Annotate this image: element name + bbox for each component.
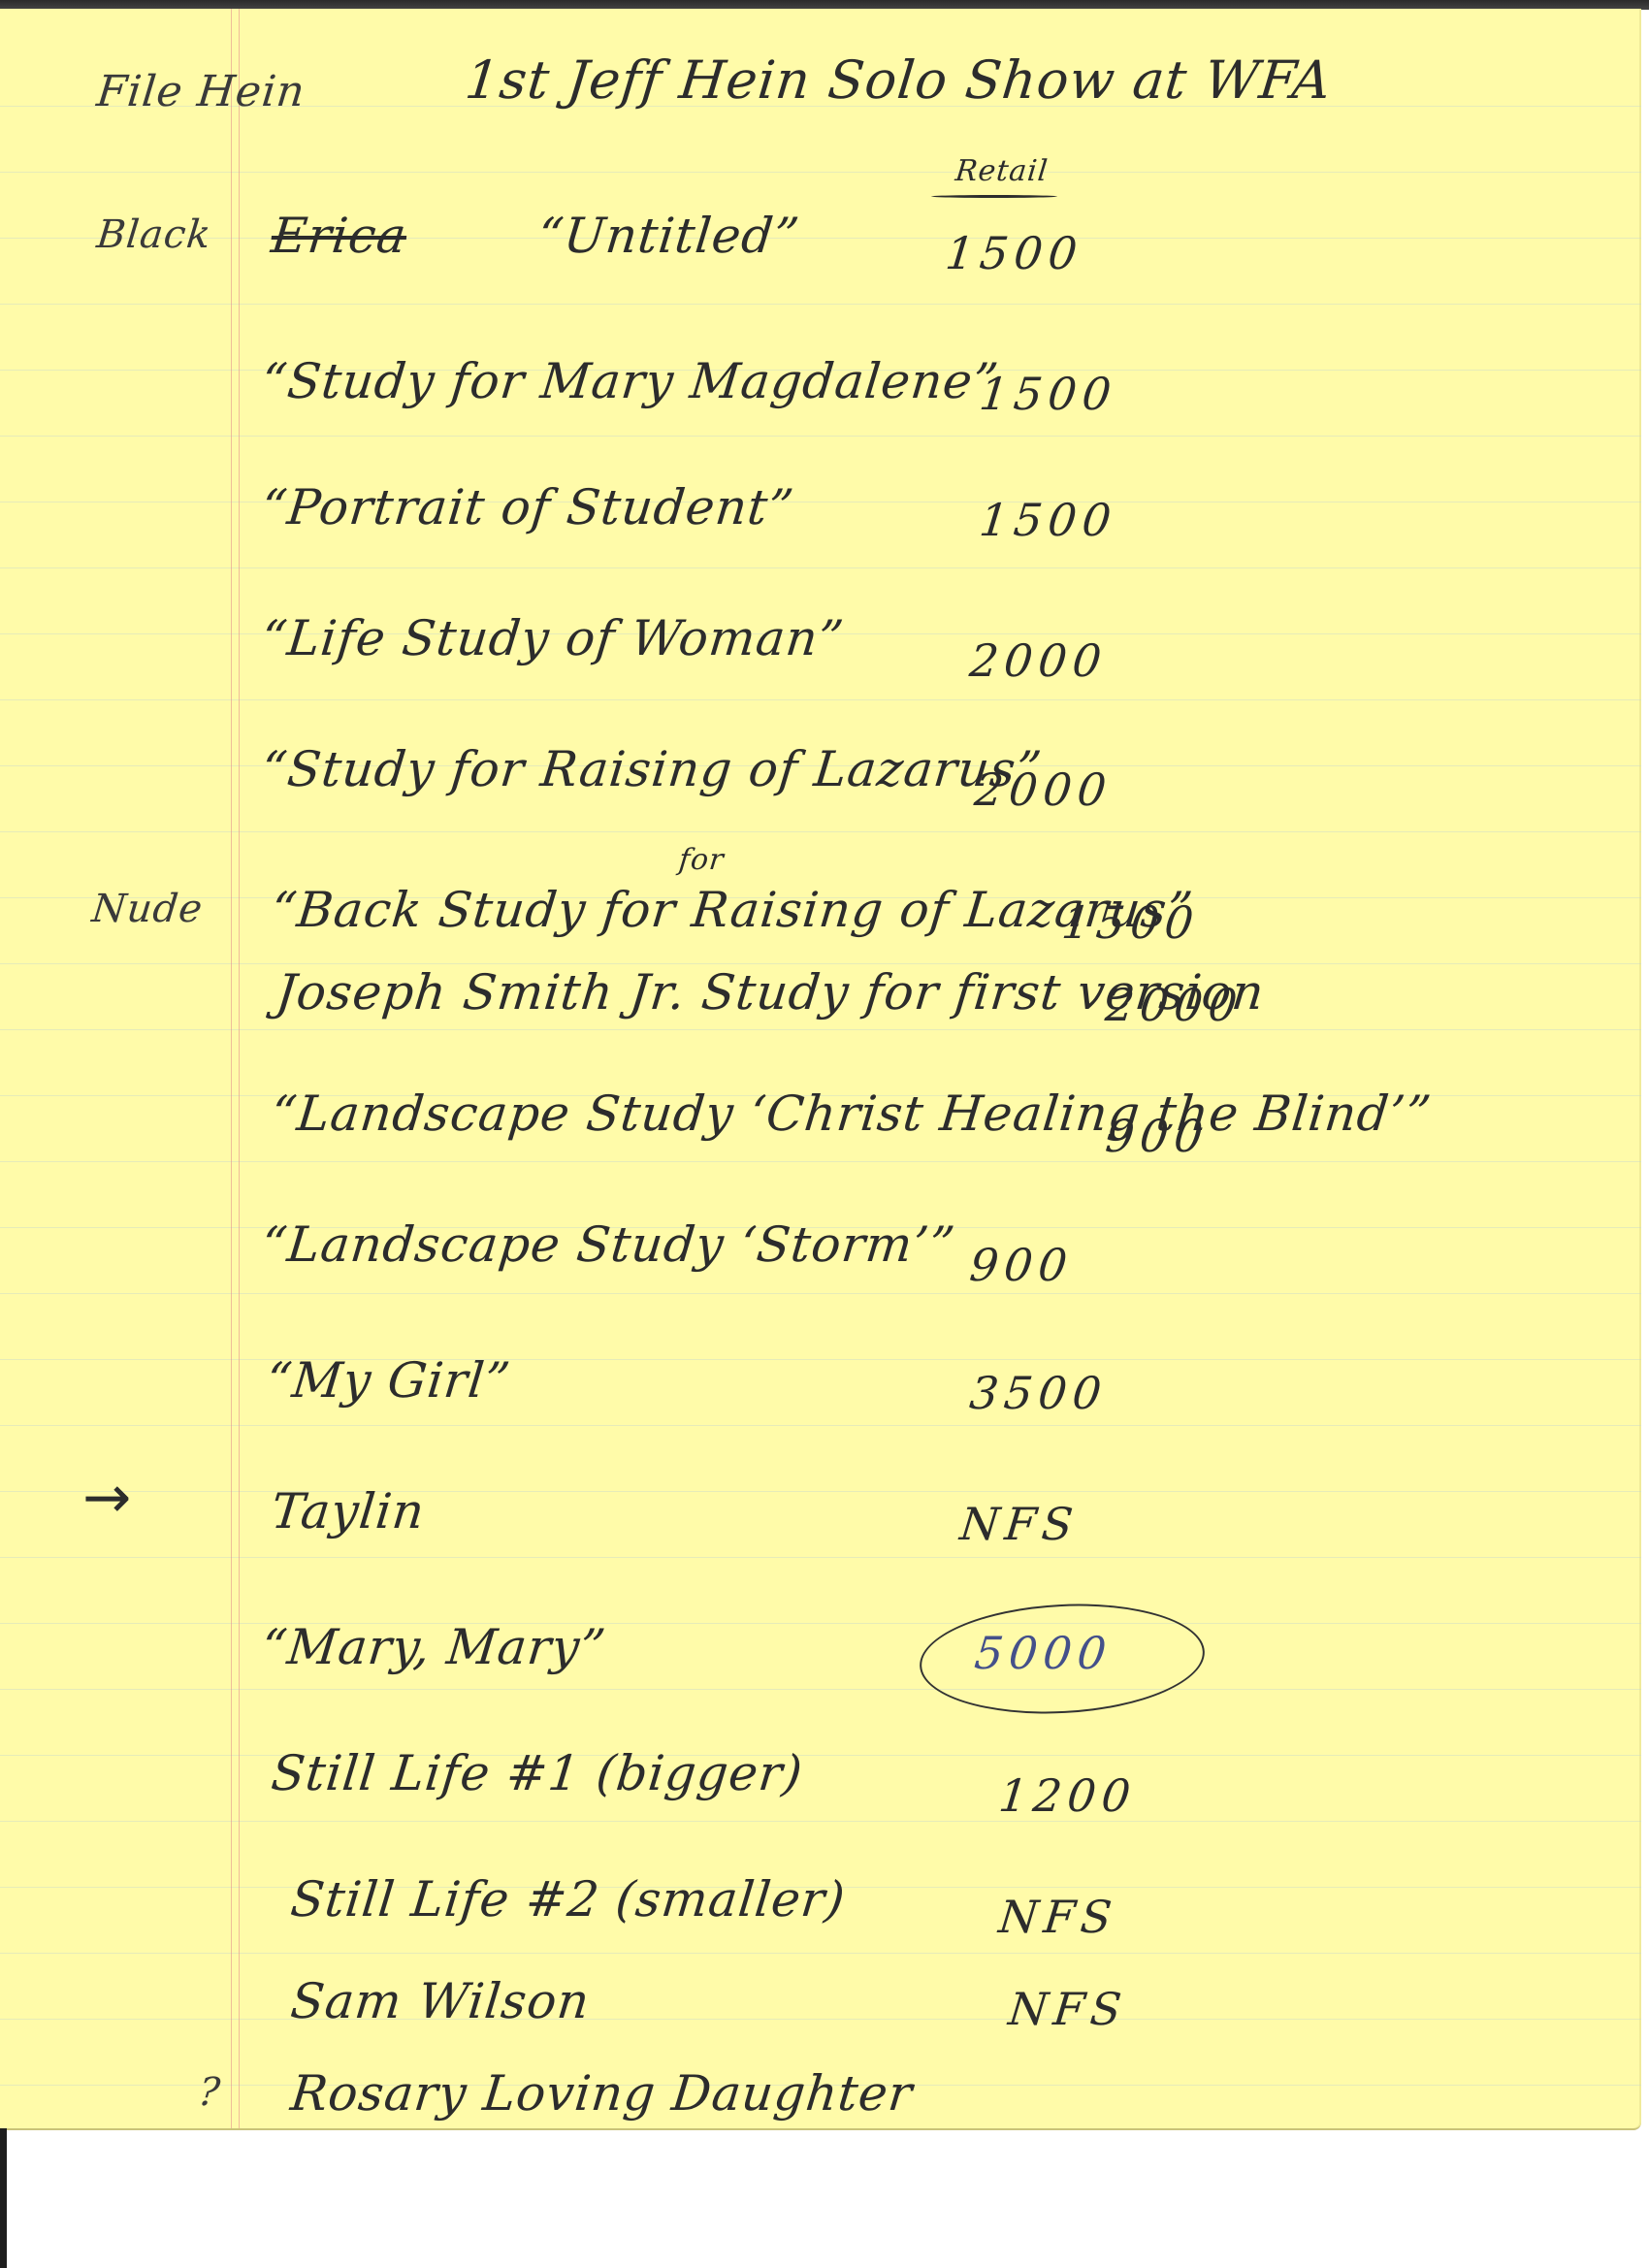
corner-note: File Hein <box>94 67 307 116</box>
item-price: 2000 <box>972 763 1115 816</box>
ruled-line <box>0 1689 1641 1690</box>
ruled-line <box>0 1161 1641 1162</box>
ruled-line <box>0 238 1641 239</box>
ruled-line <box>0 1755 1641 1756</box>
ruled-line <box>0 172 1641 173</box>
ruled-line <box>0 1491 1641 1492</box>
ruled-line <box>0 1425 1641 1426</box>
legal-pad-page: File Hein 1st Jeff Hein Solo Show at WFA… <box>0 9 1641 2130</box>
item-label: “Study for Mary Magdalene” <box>259 353 1002 409</box>
item-label: “Back Study for Raising of Lazarus” <box>269 882 1196 938</box>
item-price: NFS <box>996 1891 1119 1943</box>
item-label: “Mary, Mary” <box>259 1619 609 1675</box>
struck-name: Erica <box>269 208 409 264</box>
item-label: Still Life #2 (smaller) <box>288 1871 848 1928</box>
ruled-line <box>0 2019 1641 2020</box>
ruled-line <box>0 304 1641 305</box>
arrow-icon: → <box>82 1464 131 1532</box>
question-mark-note: ? <box>197 2070 223 2115</box>
item-price: NFS <box>957 1498 1081 1550</box>
side-note: Black <box>95 212 214 257</box>
scan-edge-left <box>0 2128 7 2268</box>
item-price: 3500 <box>967 1367 1110 1419</box>
item-label: Rosary Loving Daughter <box>288 2065 916 2122</box>
item-price: 2000 <box>967 634 1110 687</box>
item-label: Taylin <box>269 1483 428 1539</box>
ruled-line <box>0 1953 1641 1954</box>
item-price-circled: 5000 <box>972 1627 1115 1679</box>
ruled-line <box>0 436 1641 437</box>
item-label: “Portrait of Student” <box>259 479 797 535</box>
item-label: “My Girl” <box>264 1352 513 1409</box>
item-price: 900 <box>1103 1110 1211 1162</box>
ruled-line <box>0 699 1641 700</box>
side-note: Nude <box>90 887 206 931</box>
item-price: 1500 <box>977 368 1119 420</box>
margin-line <box>239 9 240 2128</box>
column-header: Retail <box>954 154 1050 188</box>
item-price: 900 <box>967 1239 1075 1291</box>
item-label: Sam Wilson <box>288 1973 593 2029</box>
ruled-line <box>0 1359 1641 1360</box>
ruled-line <box>0 567 1641 568</box>
ruled-line <box>0 831 1641 832</box>
ruled-line <box>0 1623 1641 1624</box>
item-price: 1200 <box>996 1769 1139 1822</box>
margin-line <box>231 9 232 2128</box>
item-label: “Study for Raising of Lazarus” <box>259 741 1045 797</box>
item-price: 1500 <box>943 227 1085 279</box>
ruled-line <box>0 1293 1641 1294</box>
ruled-line <box>0 1557 1641 1558</box>
ruled-line <box>0 502 1641 502</box>
item-label: “Landscape Study ‘Christ Healing the Bli… <box>269 1085 1435 1142</box>
item-label: “Landscape Study ‘Storm’” <box>259 1216 958 1273</box>
page-title: 1st Jeff Hein Solo Show at WFA <box>463 49 1335 111</box>
item-price: 1500 <box>977 494 1119 546</box>
ruled-line <box>0 1821 1641 1822</box>
item-label: “Untitled” <box>535 208 802 264</box>
item-price: 1500 <box>1059 896 1202 949</box>
inserted-word: for <box>677 843 726 877</box>
ruled-line <box>0 1029 1641 1030</box>
item-price: 2000 <box>1103 979 1245 1031</box>
item-price: NFS <box>1006 1983 1129 2035</box>
item-label: Still Life #1 (bigger) <box>269 1745 806 1801</box>
item-label: “Life Study of Woman” <box>259 610 847 666</box>
column-header-underline <box>931 195 1057 198</box>
